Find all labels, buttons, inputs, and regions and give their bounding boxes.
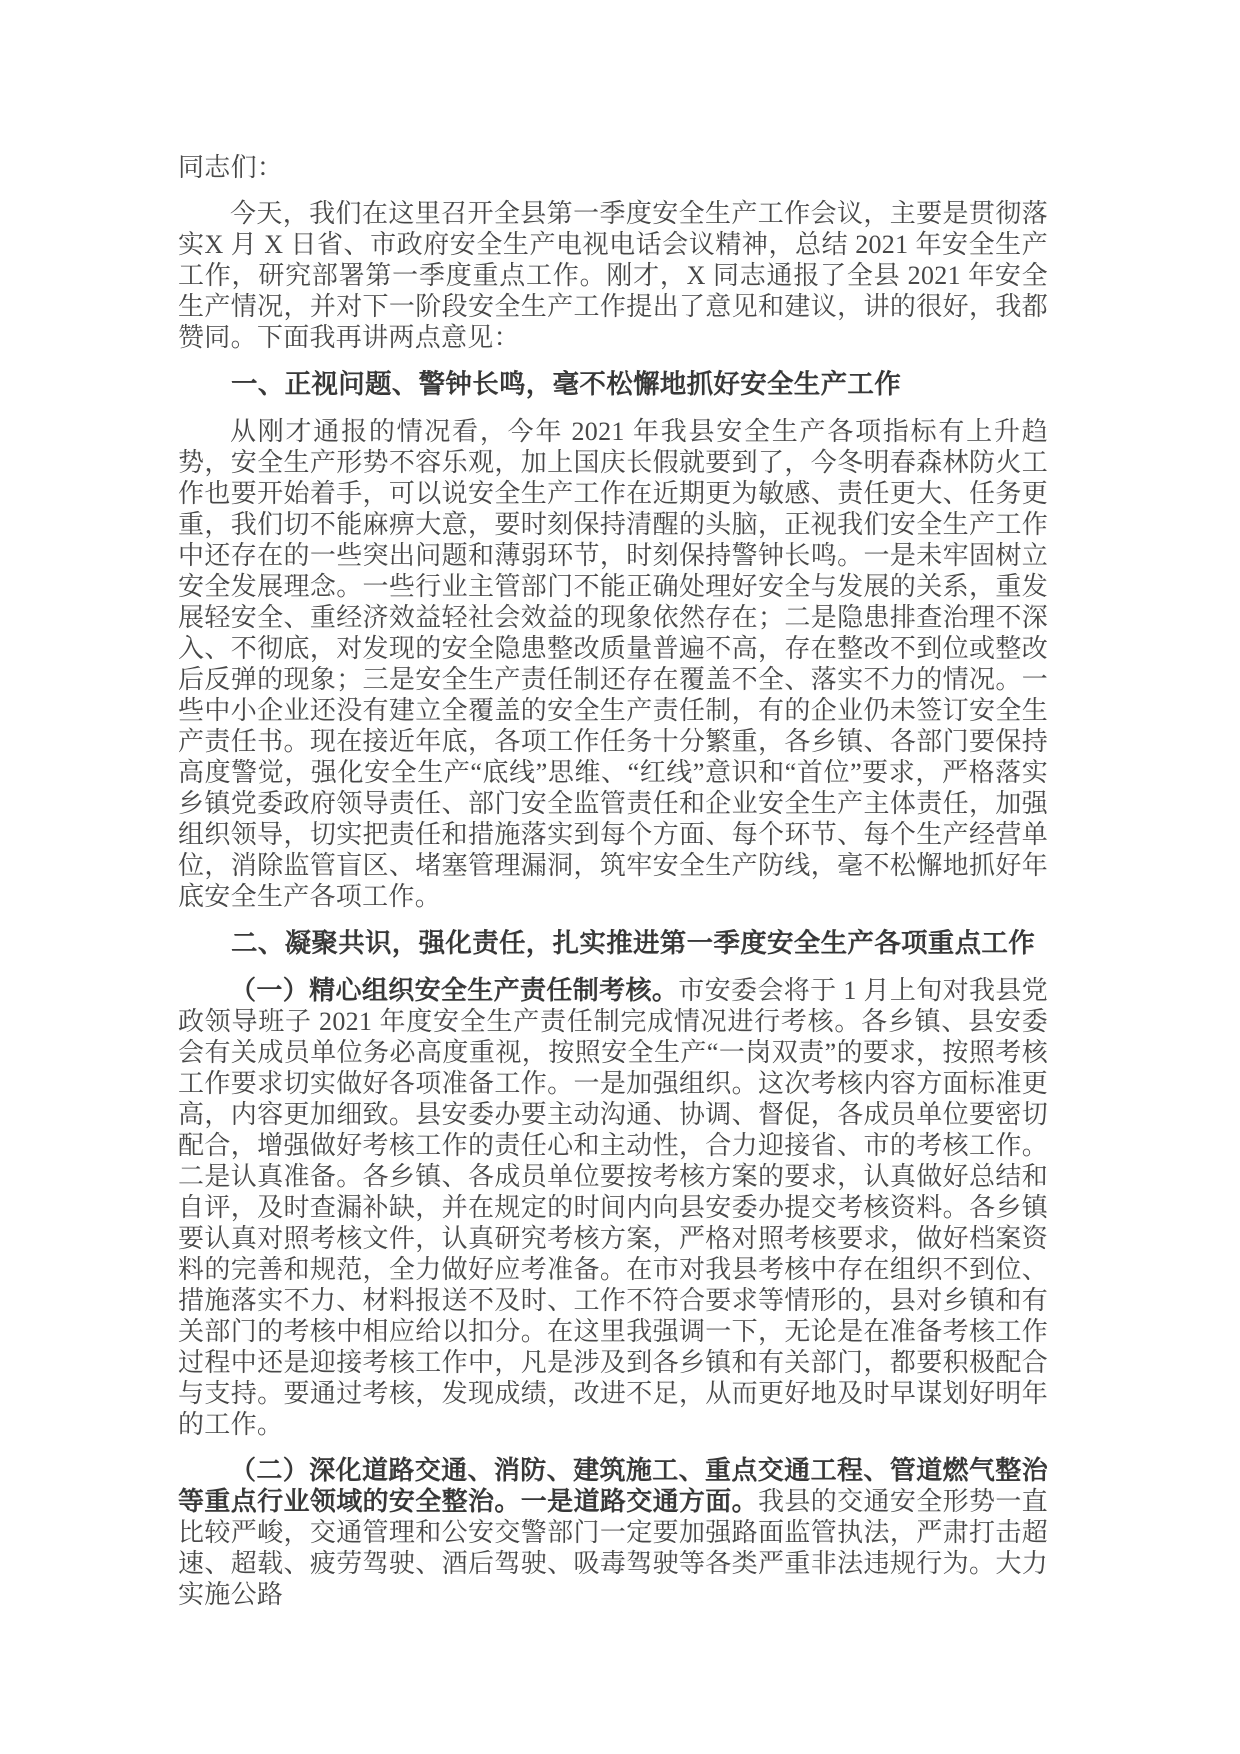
document-page: 同志们： 今天，我们在这里召开全县第一季度安全生产工作会议，主要是贯彻落实X 月… [0,0,1240,1754]
salutation: 同志们： [178,152,1048,183]
section-2-item-1-paragraph: （一）精心组织安全生产责任制考核。市安委会将于 1 月上旬对我县党政领导班子 2… [178,975,1048,1440]
section-1-paragraph: 从刚才通报的情况看，今年 2021 年我县安全生产各项指标有上升趋势，安全生产形… [178,416,1048,912]
item-1-lead-bold: （一）精心组织安全生产责任制考核。 [230,976,678,1005]
item-1-body-text: 市安委会将于 1 月上旬对我县党政领导班子 2021 年度安全生产责任制完成情况… [178,976,1048,1439]
section-2-heading: 二、凝聚共识，强化责任，扎实推进第一季度安全生产各项重点工作 [178,928,1048,959]
section-2-item-2-paragraph: （二）深化道路交通、消防、建筑施工、重点交通工程、管道燃气整治等重点行业领域的安… [178,1455,1048,1610]
section-1-heading: 一、正视问题、警钟长鸣，毫不松懈地抓好安全生产工作 [178,369,1048,400]
intro-paragraph: 今天，我们在这里召开全县第一季度安全生产工作会议，主要是贯彻落实X 月 X 日省… [178,198,1048,353]
